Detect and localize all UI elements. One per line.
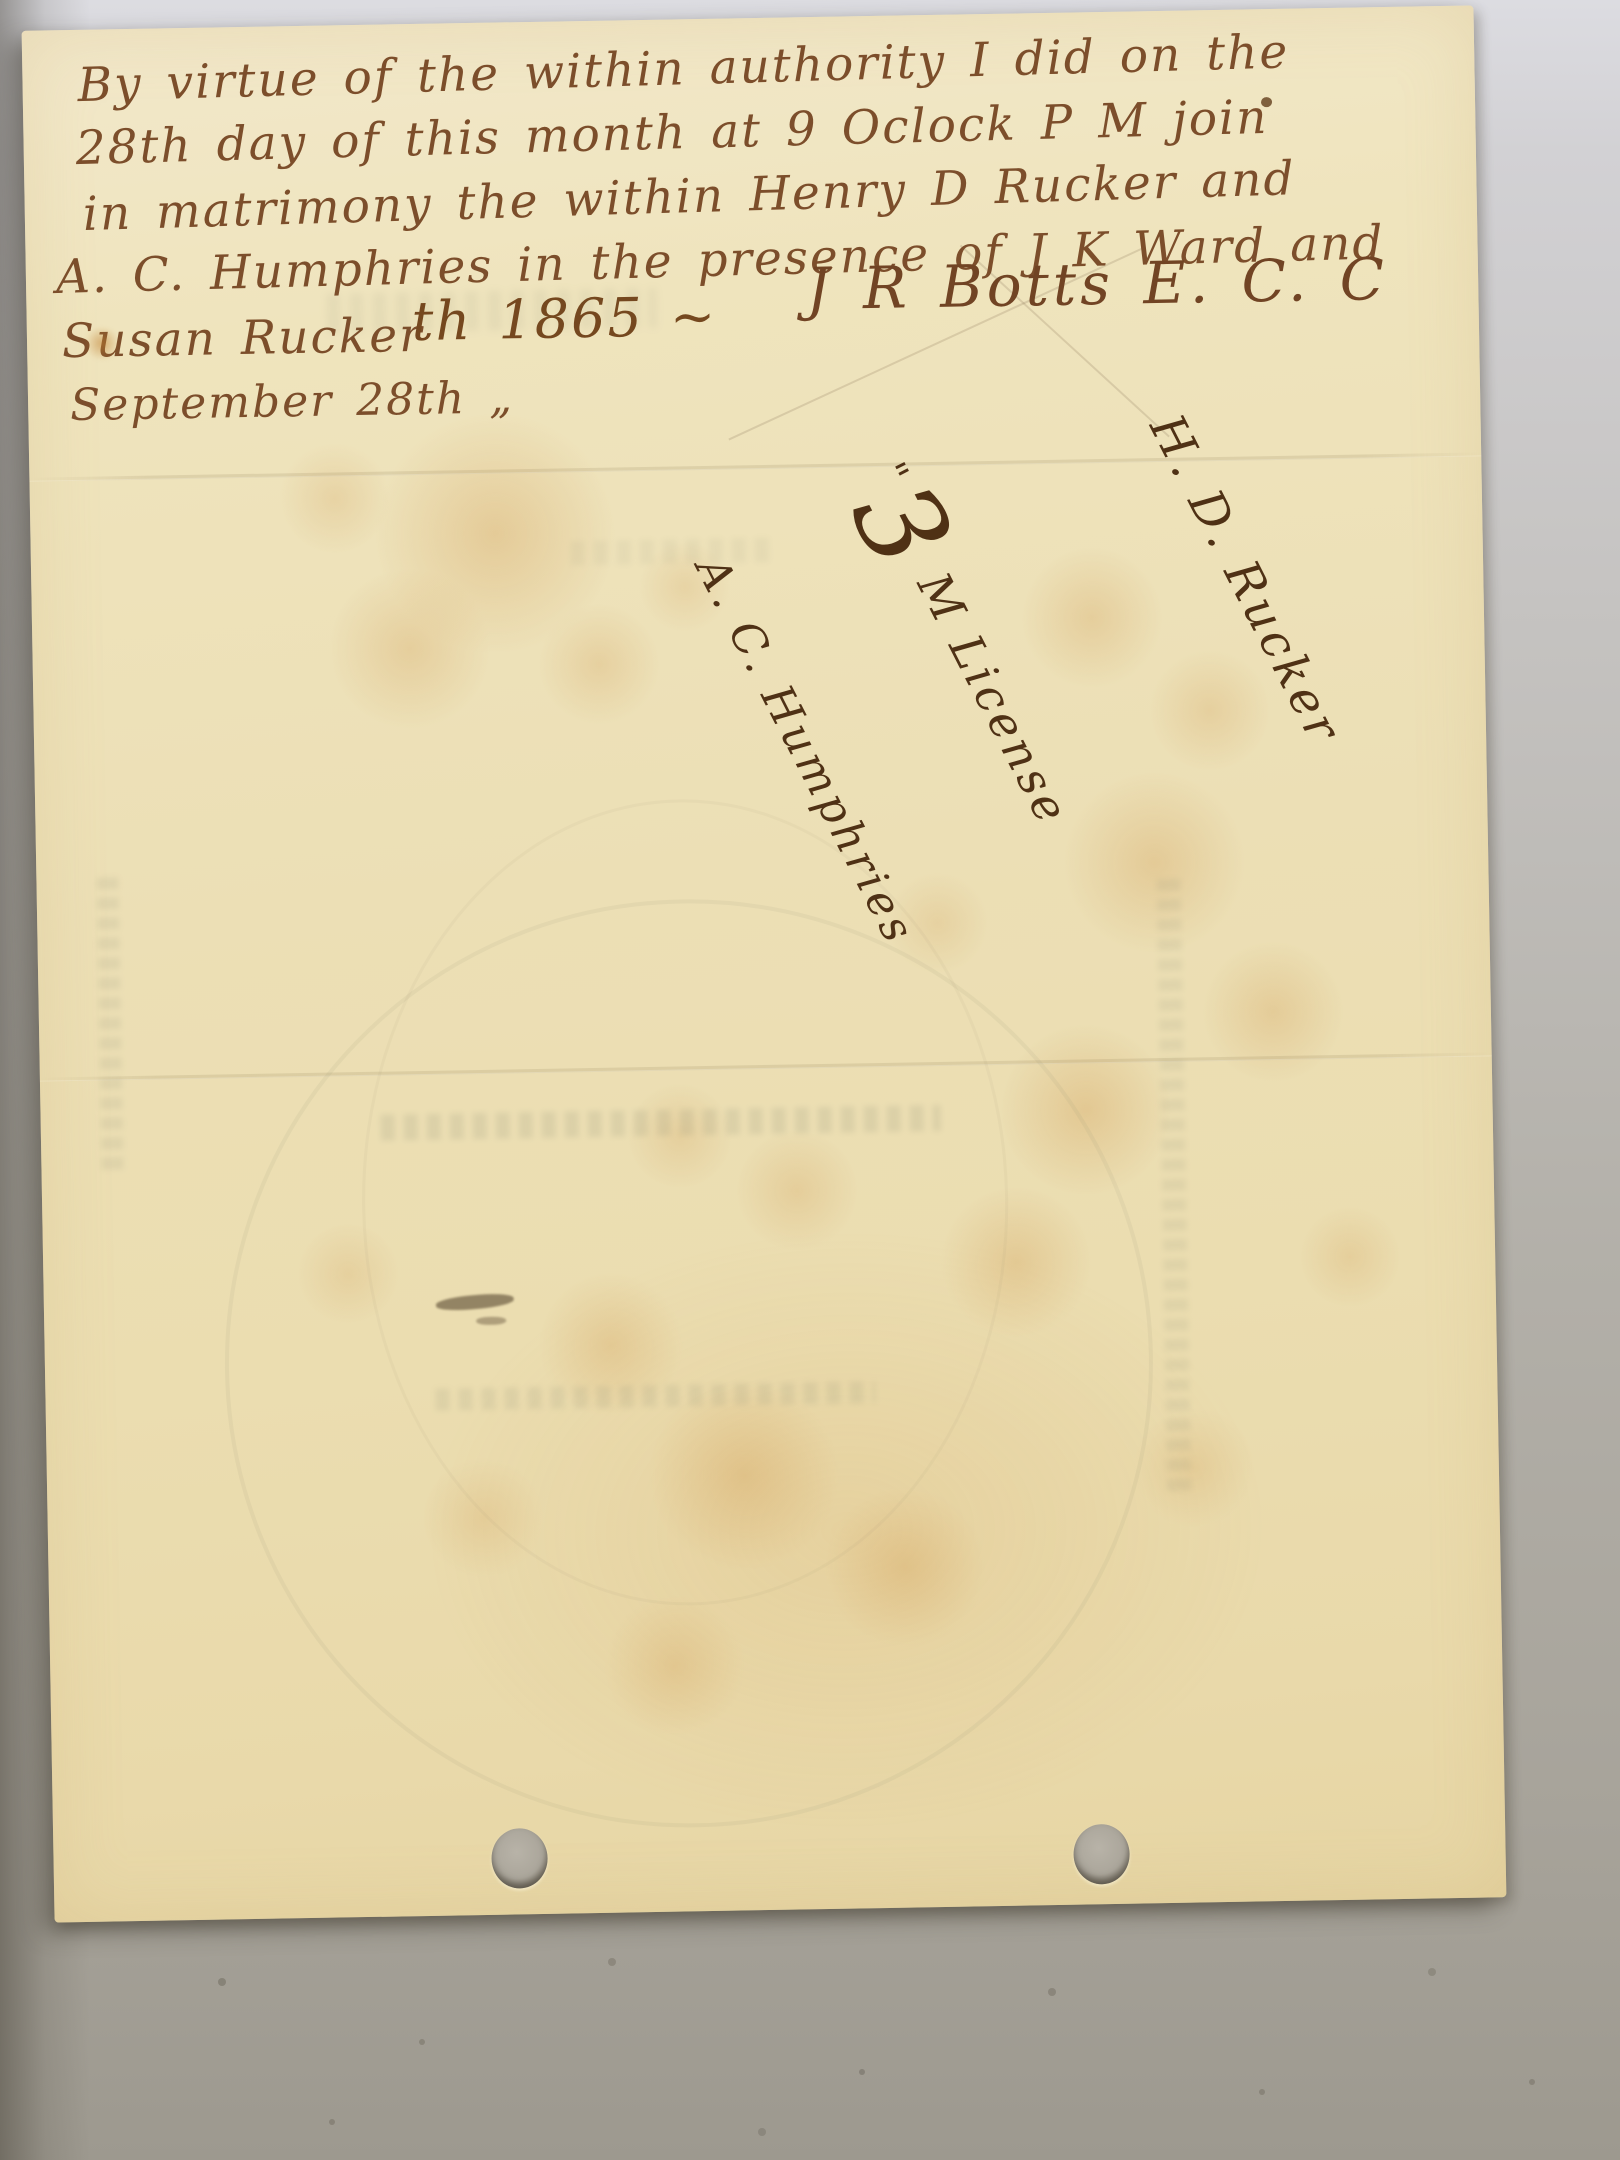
bleedthrough-print-vertical-left xyxy=(96,869,123,1169)
bleedthrough-print-line-4 xyxy=(571,538,771,565)
docket-license-line: "3 M License xyxy=(854,455,1088,834)
document-paper: By virtue of the within authority I did … xyxy=(22,5,1507,1922)
background-speckles xyxy=(0,1900,4,1904)
clerk-signature: J R Botts E. C. C xyxy=(806,245,1389,323)
ink-speck xyxy=(1261,97,1272,107)
punch-hole-right xyxy=(1073,1824,1130,1885)
bleedthrough-print-vertical-right xyxy=(1156,871,1191,1491)
ink-smudge xyxy=(435,1292,514,1313)
ink-smudge-small xyxy=(476,1317,506,1326)
docket-name-rucker: H. D. Rucker xyxy=(1138,406,1352,754)
fold-crease-lower xyxy=(40,1052,1492,1081)
bleedthrough-seal-arc xyxy=(217,891,1161,1835)
fold-crease-upper xyxy=(29,452,1481,481)
bleedthrough-print-line-2 xyxy=(435,1381,875,1411)
photo-background: By virtue of the within authority I did … xyxy=(0,0,1620,2160)
return-text-year: th 1865 ~ xyxy=(411,285,718,353)
bleedthrough-print-line-1 xyxy=(381,1105,941,1141)
docket-name-humphries: A. C. Humphries xyxy=(685,549,925,954)
return-text-date-line: September 28th „ xyxy=(70,372,515,431)
punch-hole-left xyxy=(491,1828,548,1889)
docket-license-label: M License xyxy=(898,547,1080,834)
